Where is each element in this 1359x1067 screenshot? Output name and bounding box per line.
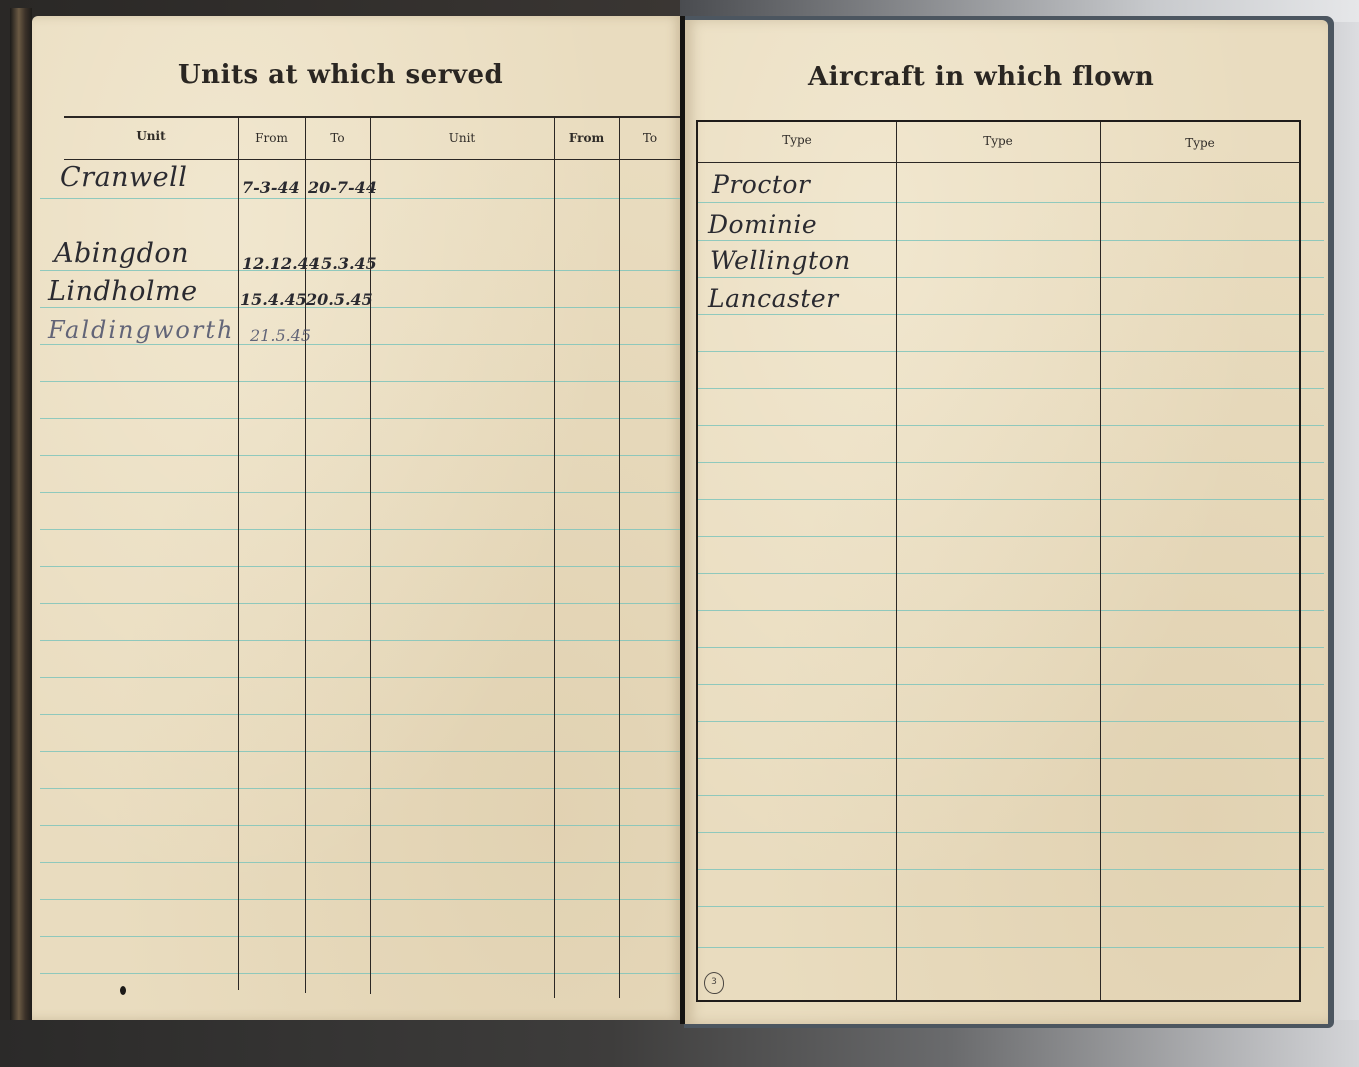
table-top-rule	[64, 116, 680, 118]
table-header-rule	[698, 162, 1300, 163]
column-header-unit-2: Unit	[370, 131, 554, 145]
aircraft-type: Dominie	[708, 210, 817, 239]
unit-name: Lindholme	[48, 276, 198, 307]
column-divider	[1100, 122, 1101, 1000]
column-divider	[370, 118, 371, 994]
column-header-type-3: Type	[1100, 136, 1300, 150]
aircraft-type: Lancaster	[708, 284, 839, 313]
column-divider	[896, 122, 897, 1000]
aircraft-type: Proctor	[712, 170, 810, 199]
column-divider	[619, 118, 620, 998]
column-header-from-2: From	[554, 131, 619, 145]
column-header-from: From	[238, 131, 305, 145]
page-title-units: Units at which served	[178, 60, 503, 90]
column-header-type-2: Type	[896, 134, 1100, 148]
date-from: 12.12.44	[242, 254, 320, 273]
ink-blot	[120, 986, 126, 995]
aircraft-type: Wellington	[710, 246, 851, 275]
date-from: 7-3-44	[242, 178, 300, 197]
date-to: 20-7-44	[308, 178, 377, 197]
date-to: 15.3.45	[310, 254, 377, 273]
column-header-to-2: To	[619, 131, 681, 145]
date-to: 20.5.45	[306, 290, 373, 309]
column-header-unit: Unit	[64, 129, 238, 143]
book-cover-left	[10, 8, 32, 1020]
column-divider	[238, 118, 239, 990]
column-header-to: To	[305, 131, 370, 145]
unit-name: Cranwell	[60, 162, 187, 193]
date-from: 21.5.45	[250, 326, 311, 345]
column-header-type: Type	[698, 133, 896, 147]
table-header-rule	[64, 159, 680, 160]
date-from: 15.4.45	[240, 290, 307, 309]
unit-name: Faldingworth	[48, 316, 234, 344]
book-gutter	[680, 16, 685, 1024]
unit-name: Abingdon	[54, 238, 189, 269]
page-title-aircraft: Aircraft in which flown	[808, 62, 1154, 92]
page-number-mark: 3	[704, 972, 724, 994]
column-divider	[305, 118, 306, 993]
column-divider	[554, 118, 555, 998]
